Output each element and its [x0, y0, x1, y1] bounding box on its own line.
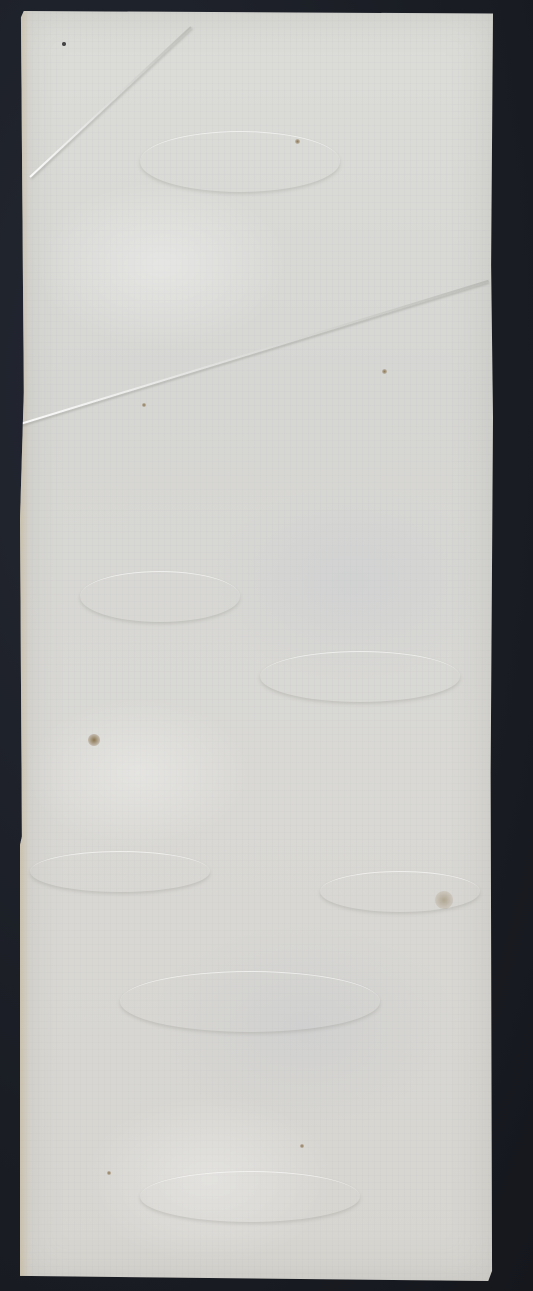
crease — [260, 651, 460, 702]
crease — [120, 971, 380, 1032]
foxing-spot — [107, 1171, 111, 1175]
crease — [80, 571, 240, 622]
foxing-spot — [88, 734, 100, 746]
foxing-spot — [142, 403, 146, 407]
foxing-spot — [62, 42, 66, 46]
crease — [30, 851, 210, 892]
foxing-spot — [295, 139, 300, 144]
crease — [140, 1171, 360, 1222]
foxing-spot — [300, 1144, 304, 1148]
crease — [140, 131, 340, 192]
diagonal-fold-middle — [20, 280, 489, 425]
toned-left-margin — [20, 11, 32, 1281]
photo-background: Reverse side of an aged paper strip (sta… — [0, 0, 533, 1291]
foxing-spot — [382, 369, 387, 374]
crease — [320, 871, 480, 912]
paper-strip — [20, 11, 493, 1281]
foxing-spot — [435, 891, 453, 909]
